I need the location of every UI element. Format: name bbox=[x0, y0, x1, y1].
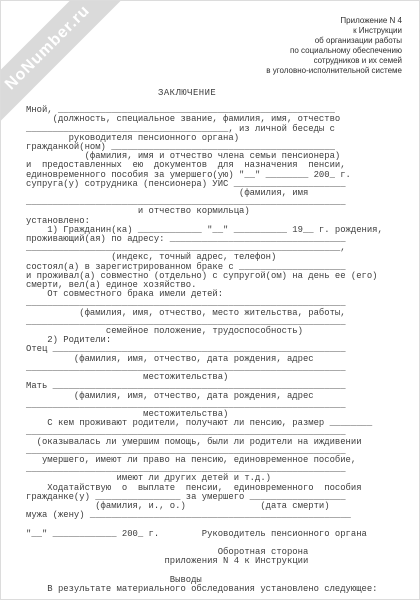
form-line: приложения N 4 к Инструкции bbox=[26, 557, 413, 566]
form-line: В результате материального обследования … bbox=[26, 585, 413, 594]
form-line: "__" ____________ 200_ г. Руководитель п… bbox=[26, 530, 413, 539]
header-line: об организации работы bbox=[266, 36, 402, 46]
header-line: по социальному обеспечению bbox=[266, 46, 402, 56]
form-body: ЗАКЛЮЧЕНИЕ Мной, _______________________… bbox=[26, 89, 413, 594]
header-line: Приложение N 4 bbox=[266, 16, 402, 26]
header-line: к Инструкции bbox=[266, 26, 402, 36]
form-lines: Мной, __________________________________… bbox=[26, 106, 413, 594]
document-page: NoNumber.ru Приложение N 4 к Инструкции … bbox=[0, 0, 420, 600]
form-title: ЗАКЛЮЧЕНИЕ bbox=[26, 89, 413, 98]
appendix-header: Приложение N 4 к Инструкции об организац… bbox=[266, 16, 402, 76]
header-line: сотрудников и их семей bbox=[266, 56, 402, 66]
watermark-text: NoNumber.ru bbox=[2, 2, 94, 94]
form-line: мужа (жену) ____________________________… bbox=[26, 511, 413, 520]
header-line: в уголовно-исполнительной системе bbox=[266, 66, 402, 76]
